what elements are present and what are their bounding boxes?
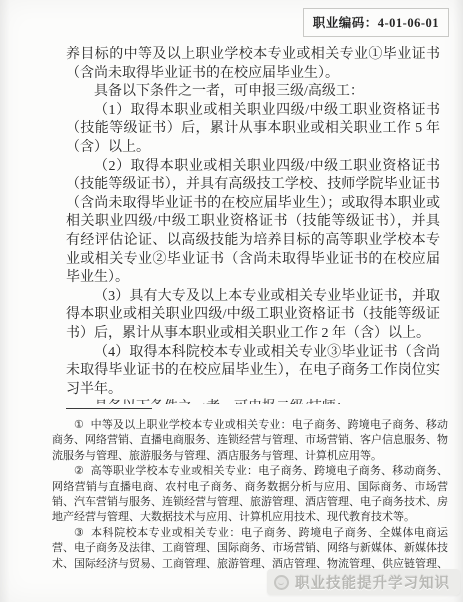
watermark-text: 职业技能提升学习知识 xyxy=(295,572,450,593)
footnote-text: 本科院校本专业或相关专业：电子商务、跨境电子商务、全媒体电商运营、电子商务及法律… xyxy=(52,527,448,570)
body-paragraph: 养目标的中等及以上职业学校本专业或相关专业①毕业证书（含尚未取得毕业证书的在校应… xyxy=(66,46,440,83)
watermark-logo-icon xyxy=(274,575,289,590)
document-page: 职业编码：4-01-06-01 养目标的中等及以上职业学校本专业或相关专业①毕业… xyxy=(0,0,463,602)
body-paragraph: 具备以下条件之一者，可申报三级/高级工： xyxy=(66,83,440,102)
footnotes: ①中等及以上职业学校本专业或相关专业：电子商务、跨境电子商务、移动商务、网络营销… xyxy=(52,418,448,570)
footnote-marker: ③ xyxy=(74,527,84,539)
body-paragraph: 具备以下条件之一者，可申报二级/技师： xyxy=(66,399,440,404)
footnote-item: ①中等及以上职业学校本专业或相关专业：电子商务、跨境电子商务、移动商务、网络营销… xyxy=(52,418,448,464)
occupation-code-box: 职业编码：4-01-06-01 xyxy=(303,8,449,37)
footnote-separator xyxy=(66,408,152,409)
footnote-marker: ① xyxy=(74,419,84,431)
body-paragraph: （4）取得本科院校本专业或相关专业③毕业证书（含尚未取得毕业证书的在校应届毕业生… xyxy=(66,344,440,400)
footnote-text: 中等及以上职业学校本专业或相关专业：电子商务、跨境电子商务、移动商务、网络营销、… xyxy=(52,419,448,462)
footnote-text: 高等职业学校本专业或相关专业：电子商务、跨境电子商务、移动商务、网络营销与直播电… xyxy=(52,465,448,523)
footnote-item: ③本科院校本专业或相关专业：电子商务、跨境电子商务、全媒体电商运营、电子商务及法… xyxy=(52,526,448,570)
watermark-badge: 职业技能提升学习知识 xyxy=(267,569,460,595)
body-text: 养目标的中等及以上职业学校本专业或相关专业①毕业证书（含尚未取得毕业证书的在校应… xyxy=(66,46,440,404)
footnote-item: ②高等职业学校本专业或相关专业：电子商务、跨境电子商务、移动商务、网络营销与直播… xyxy=(52,464,448,526)
body-paragraph: （2）取得本职业或相关职业四级/中级工职业资格证书（技能等级证书），并具有高级技… xyxy=(66,158,440,288)
body-paragraph: （3）具有大专及以上本专业或相关专业毕业证书，并取得本职业或相关职业四级/中级工… xyxy=(66,288,440,344)
occupation-code-label: 职业编码：4-01-06-01 xyxy=(313,16,439,30)
footnote-marker: ② xyxy=(74,465,84,477)
body-paragraph: （1）取得本职业或相关职业四级/中级工职业资格证书（技能等级证书）后，累计从事本… xyxy=(66,102,440,158)
